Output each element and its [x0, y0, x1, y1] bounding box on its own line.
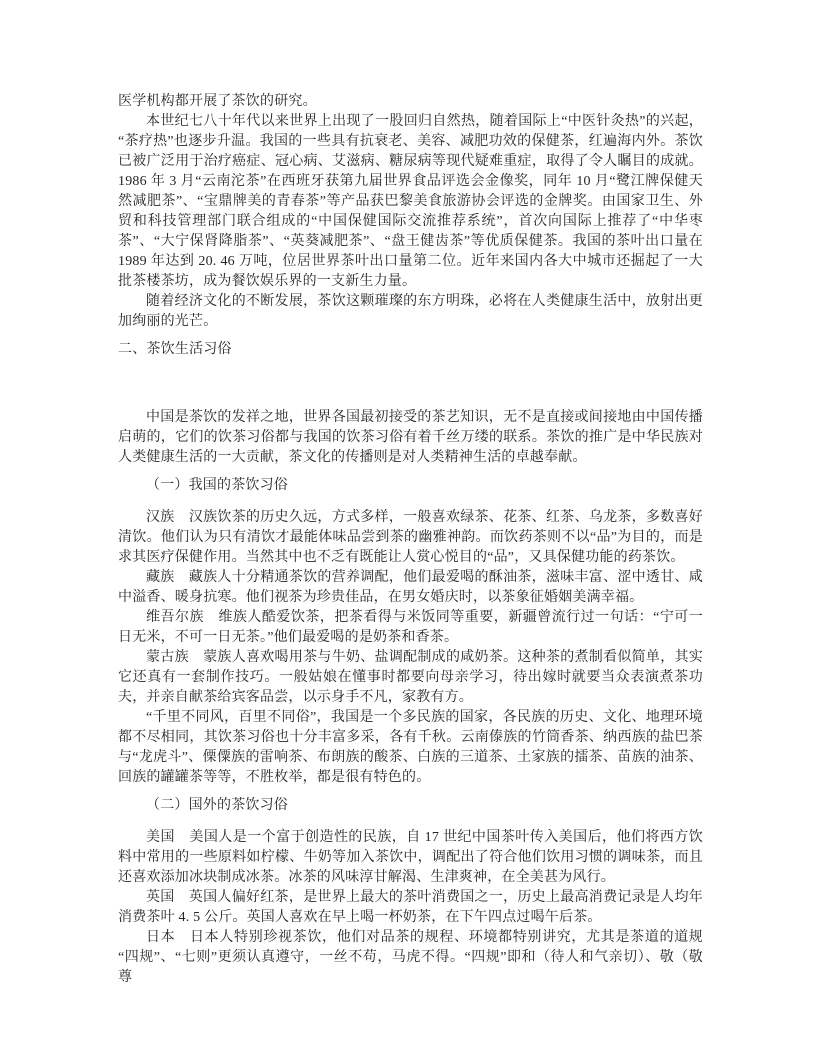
section-heading-tea-customs: 二、茶饮生活习俗	[118, 340, 703, 360]
paragraph-intro-tail: 医学机构都开展了茶饮的研究。	[118, 92, 703, 112]
paragraph-uyghur-ethnic: 维吾尔族 维族人酷爱饮茶，把茶看得与米饭同等重要，新疆曾流行过一句话：“宁可一日…	[118, 608, 703, 648]
paragraph-japan: 日本 日本人特别珍视茶饮，他们对品茶的规程、环境都特别讲究，尤其是茶道的道规“四…	[118, 928, 703, 988]
paragraph-uk: 英国 英国人偏好红茶，是世界上最大的茶叶消费国之一，历史上最高消费记录是人均年消…	[118, 888, 703, 928]
paragraph-mongolian-ethnic: 蒙古族 蒙族人喜欢喝用茶与牛奶、盐调配制成的咸奶茶。这种茶的煮制看似简单，其实它…	[118, 648, 703, 708]
subheading-domestic-customs: （一）我国的茶饮习俗	[118, 476, 703, 496]
document-body: 医学机构都开展了茶饮的研究。 本世纪七八十年代以来世界上出现了一股回归自然热，随…	[118, 92, 703, 988]
paragraph-health-tea-boom: 本世纪七八十年代以来世界上出现了一股回归自然热，随着国际上“中医针灸热”的兴起，…	[118, 112, 703, 292]
paragraph-tibetan-ethnic: 藏族 藏族人十分精通茶饮的营养调配，他们最爱喝的酥油茶，滋味丰富、涩中透甘、咸中…	[118, 568, 703, 608]
subheading-foreign-customs: （二）国外的茶饮习俗	[118, 796, 703, 816]
paragraph-usa: 美国 美国人是一个富于创造性的民族，自 17 世纪中国茶叶传入美国后，他们将西方…	[118, 828, 703, 888]
paragraph-ethnic-diversity: “千里不同风，百里不同俗”，我国是一个多民族的国家，各民族的历史、文化、地理环境…	[118, 708, 703, 788]
paragraph-china-origin: 中国是茶饮的发祥之地，世界各国最初接受的茶艺知识，无不是直接或间接地由中国传播启…	[118, 408, 703, 468]
document-page: 医学机构都开展了茶饮的研究。 本世纪七八十年代以来世界上出现了一股回归自然热，随…	[0, 0, 816, 1056]
paragraph-outlook: 随着经济文化的不断发展，茶饮这颗璀璨的东方明珠，必将在人类健康生活中，放射出更加…	[118, 292, 703, 332]
paragraph-han-ethnic: 汉族 汉族饮茶的历史久远，方式多样，一般喜欢绿茶、花茶、红茶、乌龙茶，多数喜好清…	[118, 508, 703, 568]
